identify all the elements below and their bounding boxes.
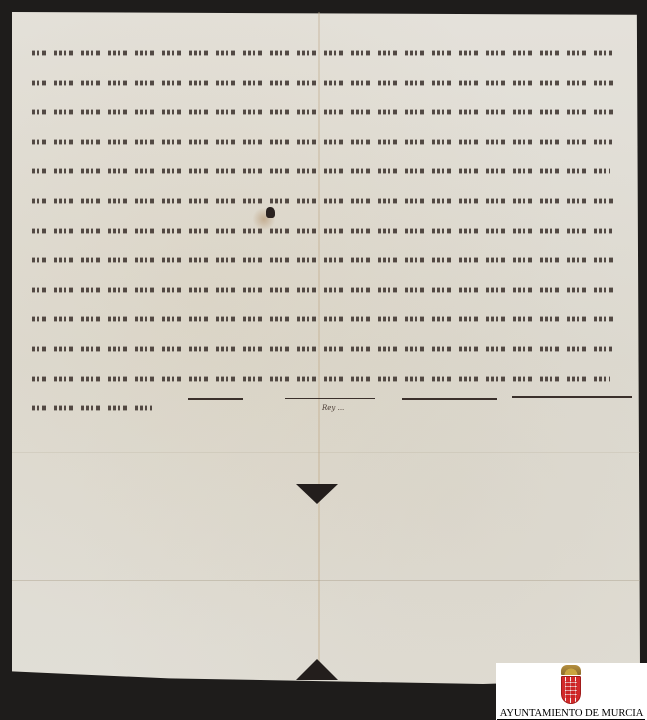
manuscript-line: de Enero era de mill et quatroçientos et…	[32, 364, 622, 394]
manuscript-line: de Leon de Gallizia de Seuilla de Cordou…	[32, 68, 622, 98]
manuscript-line: gelo contrallar. Ca qual quier que lo fi…	[32, 275, 622, 305]
manuscript-line: et que no den dellas derecho ninguno. Et…	[32, 245, 622, 275]
ayuntamiento-murcia-logo: AYUNTAMIENTO DE MURCIA	[496, 663, 647, 720]
manuscript-line: fazer bien et merced al Conçeio de Murçi…	[32, 97, 622, 127]
manuscript-line: mi carta abierta sellada con mio sello c…	[32, 334, 622, 364]
closing-rule	[402, 398, 497, 400]
notary-mark: Rey ...	[322, 404, 344, 412]
closing-rule	[512, 396, 632, 398]
coat-of-arms-icon	[559, 665, 583, 709]
manuscript-line: nueua et demas al cuerpo et a quanto oui…	[32, 304, 622, 334]
middle-fold-line	[12, 452, 640, 453]
manuscript-line: fagan de al et de aqui que puedan y faze…	[32, 127, 622, 157]
manuscript-line: misiones et delas otras cosas que ouiess…	[32, 186, 622, 216]
manuscript-line: la puente tiendas et que aya la renta de…	[32, 156, 622, 186]
closing-rule	[285, 398, 375, 399]
closing-rule	[188, 398, 243, 400]
manuscript-line: Sepan quantos esta carta uieren commo yo…	[32, 38, 622, 68]
upper-fold-notch	[296, 484, 338, 504]
manuscript-text: Sepan quantos esta carta uieren commo yo…	[32, 38, 622, 423]
shield-icon	[561, 676, 581, 704]
manuscript-line: bien que estos molinos et estas tiendas …	[32, 216, 622, 246]
lower-fold-notch	[296, 659, 338, 680]
institution-name: AYUNTAMIENTO DE MURCIA	[496, 708, 647, 719]
crown-icon	[561, 665, 581, 675]
lower-fold-line	[12, 580, 640, 581]
